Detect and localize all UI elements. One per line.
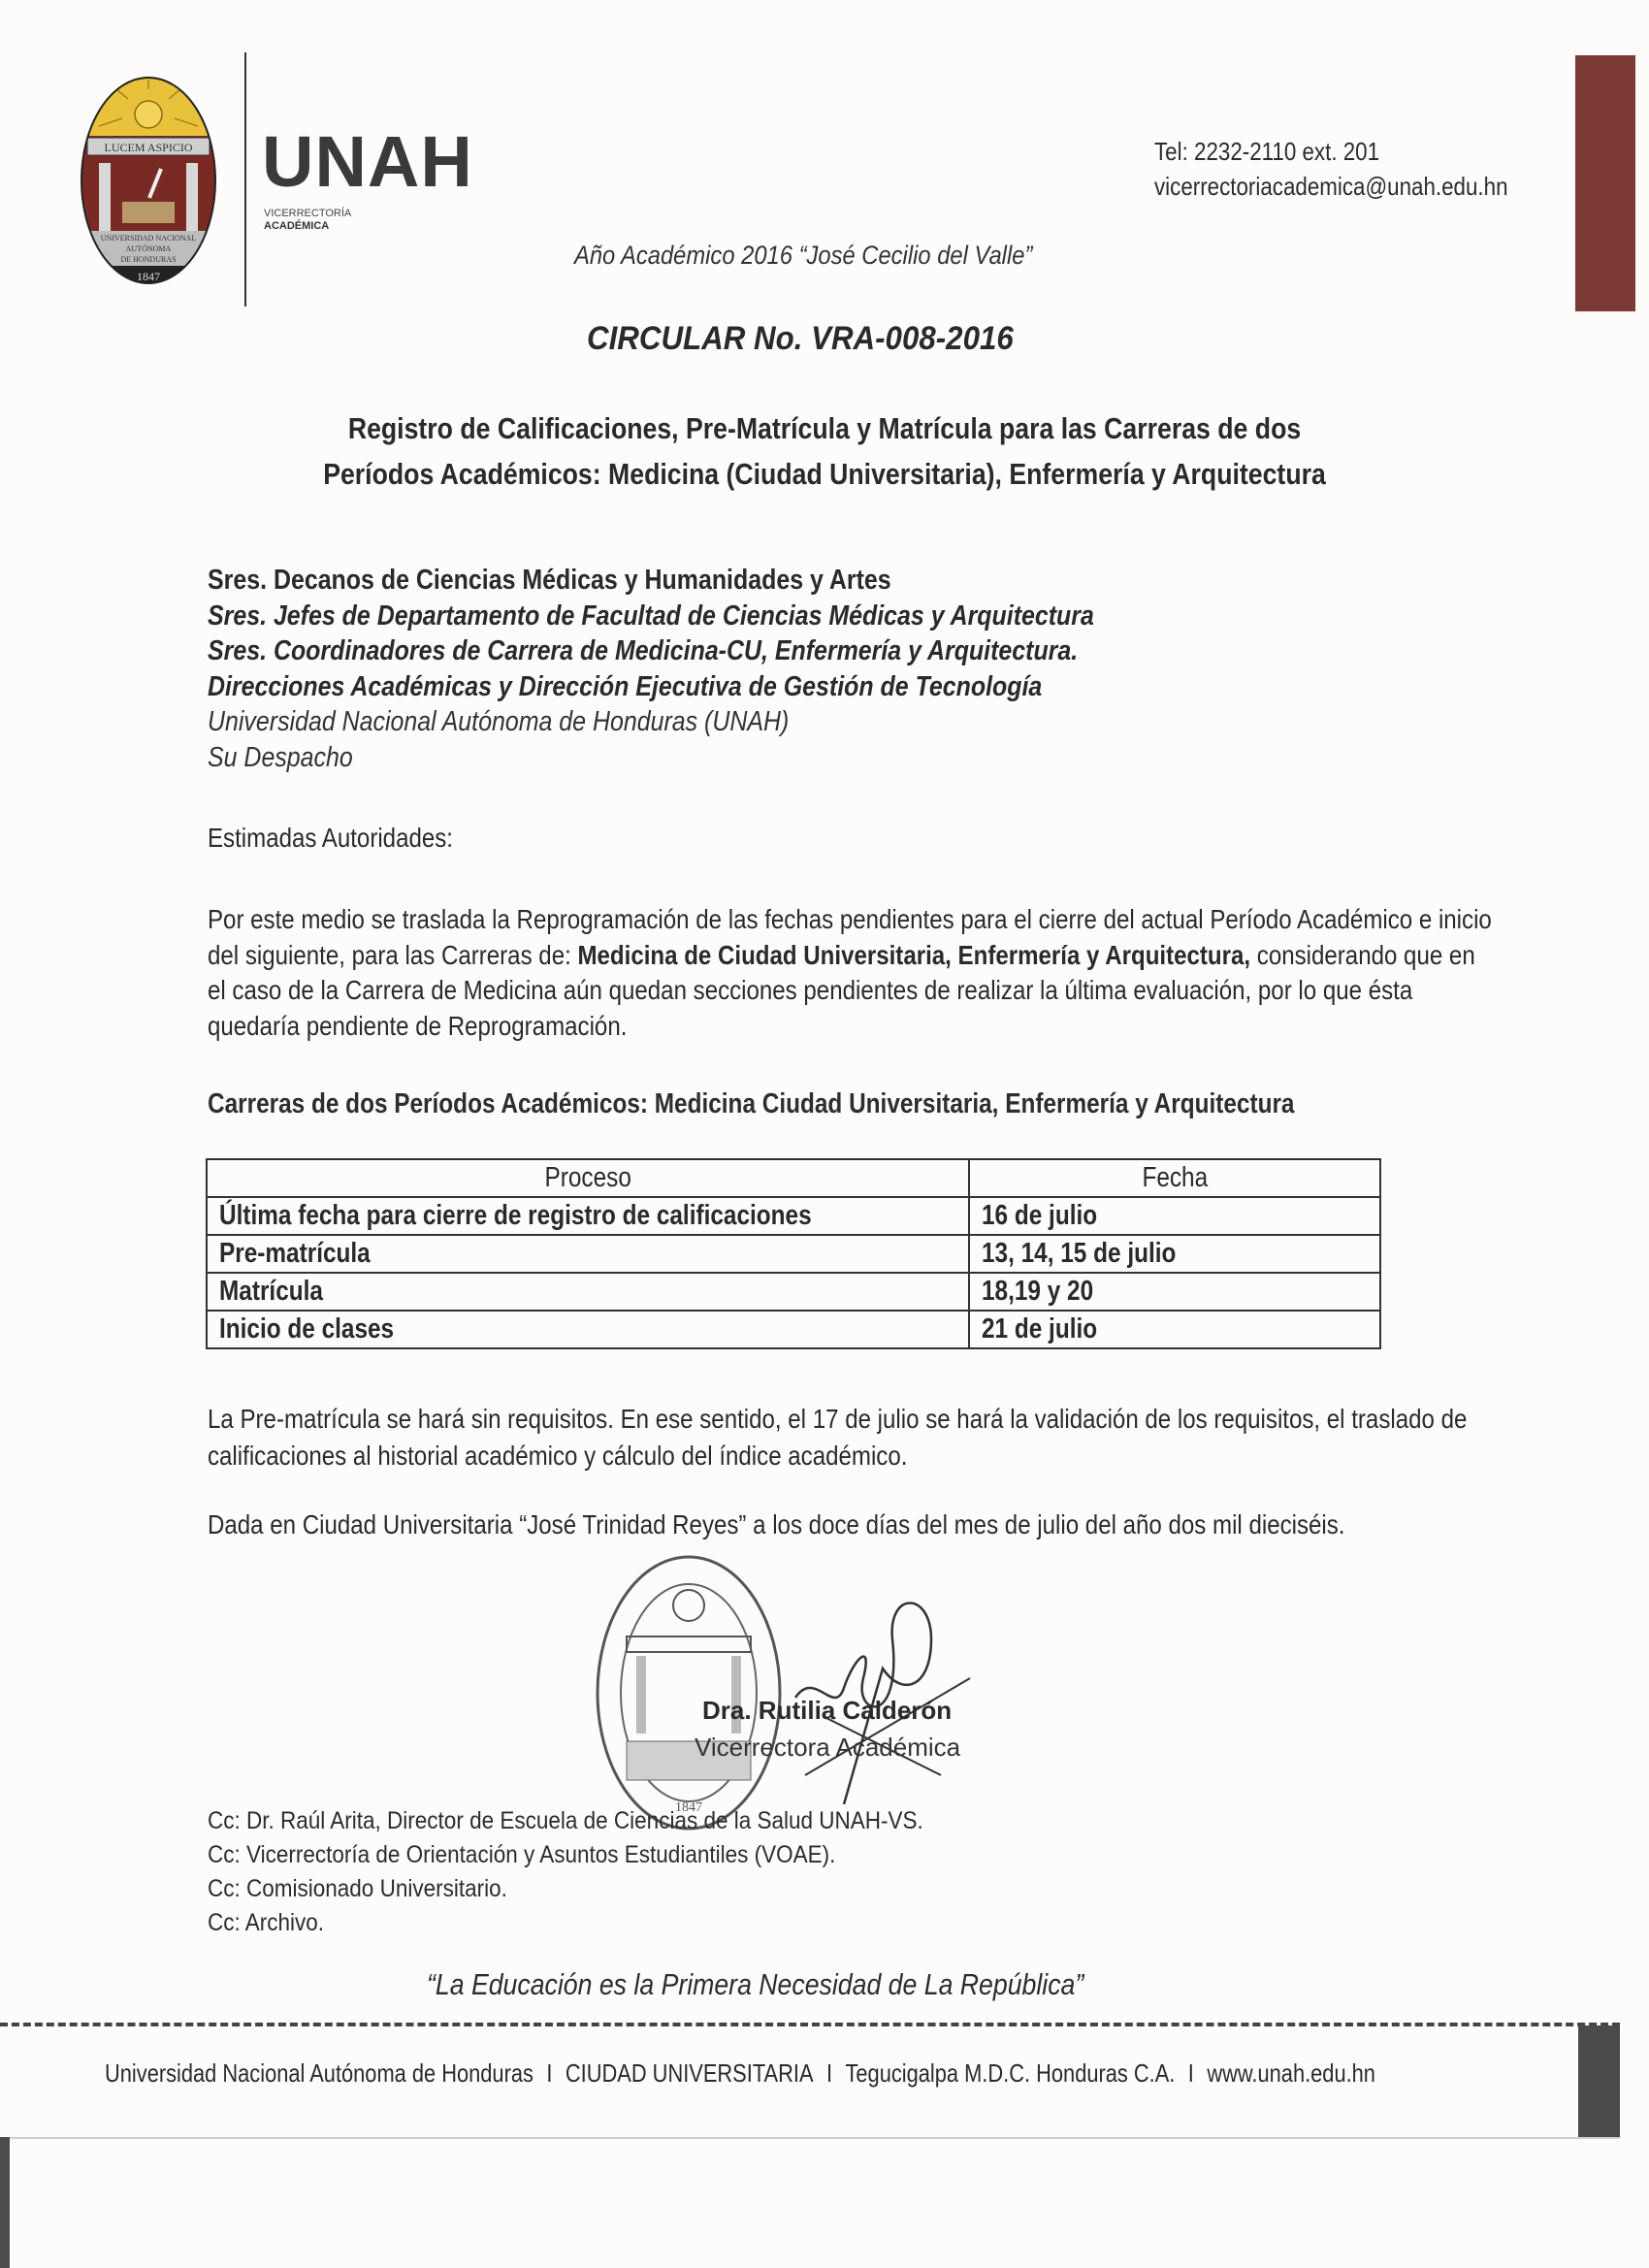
svg-text:DE HONDURAS: DE HONDURAS bbox=[120, 255, 176, 264]
svg-text:UNIVERSIDAD NACIONAL: UNIVERSIDAD NACIONAL bbox=[101, 234, 197, 243]
table-row: Pre-matrícula 13, 14, 15 de julio bbox=[207, 1235, 1380, 1273]
cc-item: Cc: Dr. Raúl Arita, Director de Escuela … bbox=[208, 1804, 923, 1838]
header-divider bbox=[244, 52, 246, 307]
recipient: Su Despacho bbox=[208, 740, 1094, 776]
circular-number: CIRCULAR No. VRA-008-2016 bbox=[587, 320, 1014, 358]
schedule-table: Proceso Fecha Última fecha para cierre d… bbox=[206, 1158, 1381, 1349]
signature-icon bbox=[786, 1581, 999, 1804]
note-paragraph: La Pre-matrícula se hará sin requisitos.… bbox=[208, 1401, 1542, 1474]
recipients-block: Sres. Decanos de Ciencias Médicas y Huma… bbox=[208, 563, 1094, 775]
cc-list: Cc: Dr. Raúl Arita, Director de Escuela … bbox=[208, 1804, 923, 1940]
body-paragraph: Por este medio se traslada la Reprograma… bbox=[208, 902, 1492, 1044]
recipient: Direcciones Académicas y Dirección Ejecu… bbox=[208, 669, 1094, 705]
process-cell: Inicio de clases bbox=[207, 1311, 969, 1348]
footer-color-bar bbox=[1578, 2025, 1620, 2137]
brand-color-bar bbox=[1575, 55, 1635, 311]
official-stamp-icon: 1847 bbox=[592, 1547, 786, 1838]
process-cell: Última fecha para cierre de registro de … bbox=[207, 1197, 969, 1235]
footer-university: Universidad Nacional Autónoma de Hondura… bbox=[105, 2058, 533, 2088]
footer-info: Universidad Nacional Autónoma de Hondura… bbox=[105, 2058, 1375, 2089]
footer-campus: CIUDAD UNIVERSITARIA bbox=[566, 2058, 814, 2088]
signatory-title: Vicerrectora Académica bbox=[695, 1733, 960, 1763]
footer-city: Tegucigalpa M.D.C. Honduras C.A. bbox=[845, 2058, 1175, 2088]
footer-website-link[interactable]: www.unah.edu.hn bbox=[1207, 2058, 1375, 2088]
date-cell: 18,19 y 20 bbox=[969, 1273, 1380, 1311]
table-row: Inicio de clases 21 de julio bbox=[207, 1311, 1380, 1348]
footer-separator: I bbox=[826, 2058, 832, 2088]
subject-heading: Registro de Calificaciones, Pre-Matrícul… bbox=[282, 405, 1367, 497]
svg-text:1847: 1847 bbox=[137, 270, 160, 283]
table-row: Última fecha para cierre de registro de … bbox=[207, 1197, 1380, 1235]
table-caption: Carreras de dos Períodos Académicos: Med… bbox=[208, 1088, 1294, 1120]
email-link[interactable]: vicerrectoriacademica@unah.edu.hn bbox=[1154, 169, 1508, 204]
column-header-date: Fecha bbox=[969, 1159, 1380, 1197]
recipient: Sres. Coordinadores de Carrera de Medici… bbox=[208, 633, 1094, 669]
table-row: Matrícula 18,19 y 20 bbox=[207, 1273, 1380, 1311]
unit-name-line2: ACADÉMICA bbox=[264, 221, 329, 232]
footer-separator: I bbox=[1188, 2058, 1194, 2088]
process-cell: Matrícula bbox=[207, 1273, 969, 1311]
svg-text:LUCEM ASPICIO: LUCEM ASPICIO bbox=[104, 141, 192, 154]
recipient: Sres. Decanos de Ciencias Médicas y Huma… bbox=[208, 563, 1094, 599]
recipient: Universidad Nacional Autónoma de Hondura… bbox=[208, 704, 1094, 740]
column-header-process: Proceso bbox=[207, 1159, 969, 1197]
subject-line-2: Períodos Académicos: Medicina (Ciudad Un… bbox=[282, 451, 1367, 497]
contact-block: Tel: 2232-2110 ext. 201 vicerrectoriacad… bbox=[1154, 134, 1508, 204]
process-cell: Pre-matrícula bbox=[207, 1235, 969, 1273]
date-cell: 13, 14, 15 de julio bbox=[969, 1235, 1380, 1273]
page-edge bbox=[0, 2137, 1620, 2139]
greeting: Estimadas Autoridades: bbox=[208, 823, 453, 854]
scan-edge-shadow bbox=[0, 2137, 10, 2268]
recipient: Sres. Jefes de Departamento de Facultad … bbox=[208, 599, 1094, 634]
table-header-row: Proceso Fecha bbox=[207, 1159, 1380, 1197]
footer-separator: I bbox=[546, 2058, 552, 2088]
cc-item: Cc: Archivo. bbox=[208, 1906, 923, 1940]
footer-divider bbox=[0, 2023, 1620, 2026]
date-cell: 21 de julio bbox=[969, 1311, 1380, 1348]
unah-seal-logo: LUCEM ASPICIO UNIVERSIDAD NACIONAL AUTÓN… bbox=[80, 76, 217, 285]
given-at-line: Dada en Ciudad Universitaria “José Trini… bbox=[208, 1509, 1344, 1540]
academic-year-line: Año Académico 2016 “José Cecilio del Val… bbox=[574, 241, 1032, 271]
institutional-motto: “La Educación es la Primera Necesidad de… bbox=[427, 1967, 1083, 2002]
signatory-name: Dra. Rutilia Calderón bbox=[702, 1696, 952, 1726]
svg-text:AUTÓNOMA: AUTÓNOMA bbox=[126, 243, 172, 253]
cc-item: Cc: Vicerrectoría de Orientación y Asunt… bbox=[208, 1838, 923, 1872]
phone: Tel: 2232-2110 ext. 201 bbox=[1154, 134, 1508, 169]
subject-line-1: Registro de Calificaciones, Pre-Matrícul… bbox=[282, 405, 1367, 451]
unit-name-line1: VICERRECTORÍA bbox=[264, 209, 351, 219]
brand-name: UNAH bbox=[262, 126, 473, 198]
cc-item: Cc: Comisionado Universitario. bbox=[208, 1872, 923, 1906]
date-cell: 16 de julio bbox=[969, 1197, 1380, 1235]
body-text-bold: Medicina de Ciudad Universitaria, Enferm… bbox=[577, 940, 1250, 970]
